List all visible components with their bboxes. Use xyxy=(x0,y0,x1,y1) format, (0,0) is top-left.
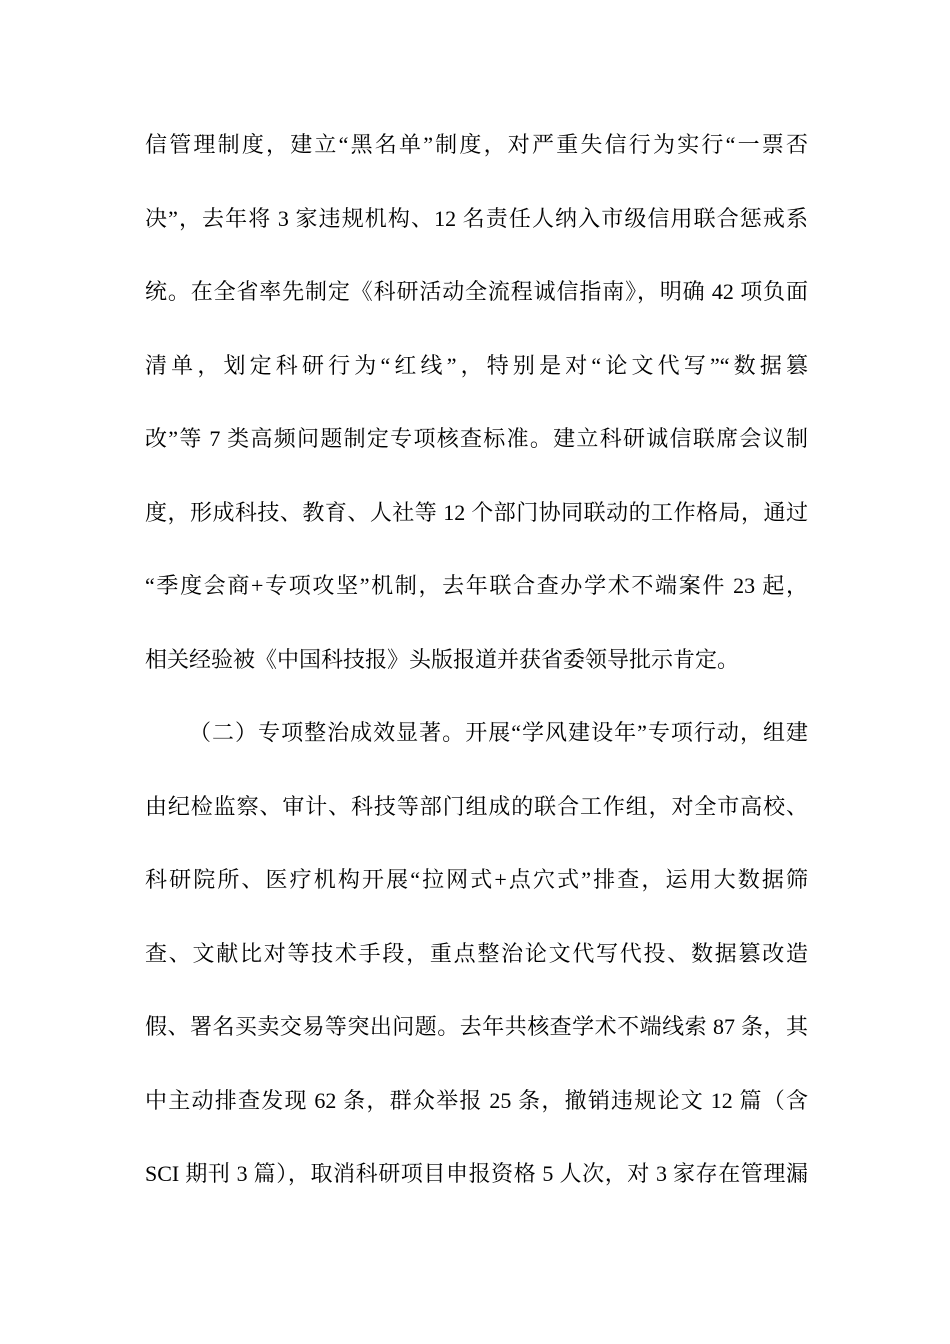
text-line: 清单，划定科研行为“红线”，特别是对“论文代写”“数据篡 xyxy=(145,329,808,403)
text-line: （二）专项整治成效显著。开展“学风建设年”专项行动，组建 xyxy=(145,696,808,770)
text-line: 查、文献比对等技术手段，重点整治论文代写代投、数据篡改造 xyxy=(145,917,808,991)
text-line: 假、署名买卖交易等突出问题。去年共核查学术不端线索 87 条，其 xyxy=(145,990,808,1064)
text-line: 改”等 7 类高频问题制定专项核查标准。建立科研诚信联席会议制 xyxy=(145,402,808,476)
text-line: 中主动排查发现 62 条，群众举报 25 条，撤销违规论文 12 篇（含 xyxy=(145,1064,808,1138)
text-line: 信管理制度，建立“黑名单”制度，对严重失信行为实行“一票否 xyxy=(145,108,808,182)
text-line: 由纪检监察、审计、科技等部门组成的联合工作组，对全市高校、 xyxy=(145,770,808,844)
text-line: 相关经验被《中国科技报》头版报道并获省委领导批示肯定。 xyxy=(145,623,808,697)
text-line: 度，形成科技、教育、人社等 12 个部门协同联动的工作格局，通过 xyxy=(145,476,808,550)
text-line: 决”，去年将 3 家违规机构、12 名责任人纳入市级信用联合惩戒系 xyxy=(145,182,808,256)
text-line: 统。在全省率先制定《科研活动全流程诚信指南》，明确 42 项负面 xyxy=(145,255,808,329)
document-page: 信管理制度，建立“黑名单”制度，对严重失信行为实行“一票否 决”，去年将 3 家… xyxy=(0,0,950,1344)
text-line: SCI 期刊 3 篇），取消科研项目申报资格 5 人次，对 3 家存在管理漏 xyxy=(145,1137,808,1211)
text-line: “季度会商+专项攻坚”机制，去年联合查办学术不端案件 23 起， xyxy=(145,549,808,623)
text-line: 科研院所、医疗机构开展“拉网式+点穴式”排查，运用大数据筛 xyxy=(145,843,808,917)
